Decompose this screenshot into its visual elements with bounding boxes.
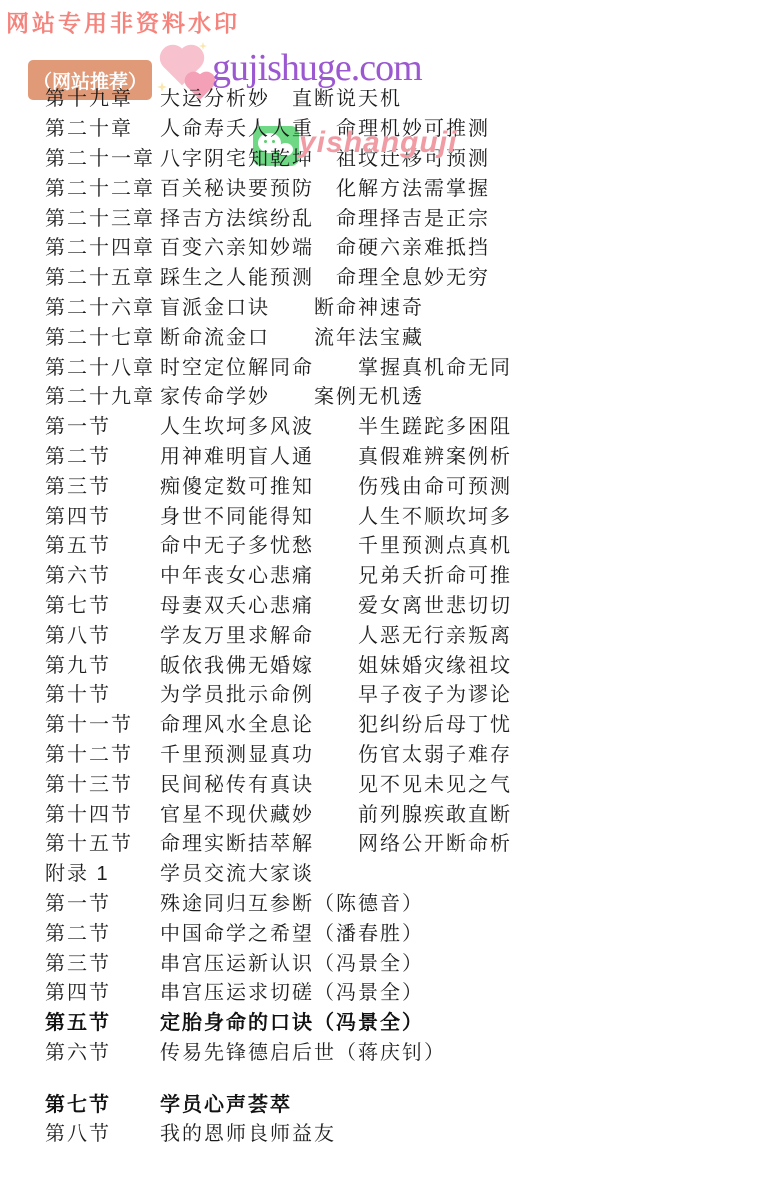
toc-row-label: 第五节	[45, 1006, 160, 1035]
toc-row-title: 千里预测显真功 伤官太弱子难存	[160, 738, 512, 767]
toc-row-label: 第十四节	[45, 798, 160, 827]
toc-row-label: 第十一节	[45, 708, 160, 737]
toc-row: 第三节痴傻定数可推知 伤残由命可预测	[45, 469, 512, 499]
mid-watermark-text: yishanguji	[299, 126, 457, 160]
toc-row-title: 断命流金口 流年法宝藏	[160, 321, 424, 350]
toc-row-label: 第一节	[45, 887, 160, 916]
toc-row: 第十三节民间秘传有真诀 见不见未见之气	[45, 767, 512, 797]
toc-row: 第二十五章踩生之人能预测 命理全息妙无穷	[45, 261, 512, 291]
toc-row-label: 第五节	[45, 529, 160, 558]
toc-row-title: 学员交流大家谈	[160, 857, 314, 886]
toc-row-label: 第八节	[45, 619, 160, 648]
toc-row: 第十二节千里预测显真功 伤官太弱子难存	[45, 738, 512, 768]
toc-row: 第四节串宫压运求切磋（冯景全）	[45, 976, 512, 1006]
toc-row-title: 用神难明盲人通 真假难辨案例析	[160, 440, 512, 469]
toc-row-title: 为学员批示命例 早子夜子为谬论	[160, 678, 512, 707]
toc-row: 第八节我的恩师良师益友	[45, 1117, 512, 1147]
toc-row: 第二十四章百变六亲知妙端 命硬六亲难抵挡	[45, 231, 512, 261]
toc-row-label: 第七节	[45, 589, 160, 618]
toc-row-title: 我的恩师良师益友	[160, 1117, 336, 1146]
toc-row-title: 定胎身命的口诀（冯景全）	[160, 1006, 424, 1035]
toc-row-title: 皈依我佛无婚嫁 姐妹婚灾缘祖坟	[160, 649, 512, 678]
toc-row-label: 第三节	[45, 947, 160, 976]
toc-row-label: 第十三节	[45, 768, 160, 797]
toc-row-label: 第十九章	[45, 82, 160, 111]
toc-row: 第二十九章家传命学妙 案例无机透	[45, 380, 512, 410]
toc-row: 第五节命中无子多忧愁 千里预测点真机	[45, 529, 512, 559]
toc-row: 附录 1学员交流大家谈	[45, 857, 512, 887]
toc-row-label: 第一节	[45, 410, 160, 439]
toc-row: 第一节殊途同归互参断（陈德音）	[45, 887, 512, 917]
document-page: 网站专用非资料水印 （网站推荐） gujishuge.com yishanguj…	[0, 0, 757, 1177]
toc-row: 第十节为学员批示命例 早子夜子为谬论	[45, 678, 512, 708]
toc-row-label: 第二十五章	[45, 261, 160, 290]
toc-row: 第一节人生坎坷多风波 半生蹉跎多困阻	[45, 410, 512, 440]
toc-row-label: 第二十三章	[45, 202, 160, 231]
toc-row: 第八节学友万里求解命 人恶无行亲叛离	[45, 618, 512, 648]
toc-row-label: 第七节	[45, 1088, 160, 1117]
toc-row: 第十四节官星不现伏藏妙 前列腺疾敢直断	[45, 797, 512, 827]
toc-row: 第六节中年丧女心悲痛 兄弟夭折命可推	[45, 559, 512, 589]
toc-row-label: 第二十四章	[45, 231, 160, 260]
toc-row-title: 传易先锋德启后世（蒋庆钊）	[160, 1036, 446, 1065]
toc-row-label: 第六节	[45, 559, 160, 588]
top-watermark-text: 网站专用非资料水印	[6, 5, 240, 38]
toc-row: 第二节用神难明盲人通 真假难辨案例析	[45, 440, 512, 470]
toc-row-label: 附录 1	[45, 857, 160, 886]
toc-row-label: 第九节	[45, 649, 160, 678]
toc-row: 第十五节命理实断拮萃解 网络公开断命析	[45, 827, 512, 857]
toc-row-label: 第二十章	[45, 112, 160, 141]
toc-row: 第五节定胎身命的口诀（冯景全）	[45, 1006, 512, 1036]
toc-row: 第二十七章断命流金口 流年法宝藏	[45, 320, 512, 350]
toc-row-label: 第十二节	[45, 738, 160, 767]
toc-row-label: 第十五节	[45, 827, 160, 856]
toc-row: 第二十六章盲派金口诀 断命神速奇	[45, 291, 512, 321]
toc-row: 第七节母妻双夭心悲痛 爱女离世悲切切	[45, 589, 512, 619]
table-of-contents: 第十九章大运分析妙 直断说天机第二十章人命寿夭人人重 命理机妙可推测第二十一章八…	[45, 82, 512, 1147]
toc-row-title: 时空定位解同命 掌握真机命无同	[160, 351, 512, 380]
toc-row-label: 第二十二章	[45, 172, 160, 201]
toc-row: 第二十二章百关秘诀要预防 化解方法需掌握	[45, 171, 512, 201]
toc-row-label: 第八节	[45, 1117, 160, 1146]
toc-row-title: 择吉方法缤纷乱 命理择吉是正宗	[160, 202, 490, 231]
toc-row-label: 第十节	[45, 678, 160, 707]
toc-row-title: 大运分析妙 直断说天机	[160, 82, 402, 111]
toc-row-title: 中年丧女心悲痛 兄弟夭折命可推	[160, 559, 512, 588]
toc-row-label: 第二十九章	[45, 380, 160, 409]
toc-row-title: 学友万里求解命 人恶无行亲叛离	[160, 619, 512, 648]
toc-row-title: 踩生之人能预测 命理全息妙无穷	[160, 261, 490, 290]
toc-row-title: 命理风水全息论 犯纠纷后母丁忧	[160, 708, 512, 737]
toc-row-title: 学员心声荟萃	[160, 1088, 292, 1117]
toc-row: 第四节身世不同能得知 人生不顺坎坷多	[45, 499, 512, 529]
toc-row: 第三节串宫压运新认识（冯景全）	[45, 946, 512, 976]
toc-row-title: 身世不同能得知 人生不顺坎坷多	[160, 500, 512, 529]
toc-row-title: 殊途同归互参断（陈德音）	[160, 887, 424, 916]
toc-row-label: 第六节	[45, 1036, 160, 1065]
toc-row: 第七节学员心声荟萃	[45, 1087, 512, 1117]
toc-row: 第十九章大运分析妙 直断说天机	[45, 82, 512, 112]
toc-row-title: 家传命学妙 案例无机透	[160, 380, 424, 409]
toc-row: 第九节皈依我佛无婚嫁 姐妹婚灾缘祖坟	[45, 648, 512, 678]
toc-row-title: 串宫压运新认识（冯景全）	[160, 947, 424, 976]
toc-row-title: 串宫压运求切磋（冯景全）	[160, 976, 424, 1005]
toc-row-title: 百关秘诀要预防 化解方法需掌握	[160, 172, 490, 201]
toc-row-title: 民间秘传有真诀 见不见未见之气	[160, 768, 512, 797]
toc-row-label: 第二节	[45, 917, 160, 946]
toc-row: 第十一节命理风水全息论 犯纠纷后母丁忧	[45, 708, 512, 738]
toc-row-title: 中国命学之希望（潘春胜）	[160, 917, 424, 946]
toc-row-title: 痴傻定数可推知 伤残由命可预测	[160, 470, 512, 499]
toc-row-title: 百变六亲知妙端 命硬六亲难抵挡	[160, 231, 490, 260]
toc-row-title: 母妻双夭心悲痛 爱女离世悲切切	[160, 589, 512, 618]
toc-row: 第二十三章择吉方法缤纷乱 命理择吉是正宗	[45, 201, 512, 231]
toc-row-title: 命中无子多忧愁 千里预测点真机	[160, 529, 512, 558]
toc-row-title: 命理实断拮萃解 网络公开断命析	[160, 827, 512, 856]
toc-row: 第二节中国命学之希望（潘春胜）	[45, 916, 512, 946]
toc-row-title: 官星不现伏藏妙 前列腺疾敢直断	[160, 798, 512, 827]
toc-row-label: 第二十六章	[45, 291, 160, 320]
toc-row-title: 盲派金口诀 断命神速奇	[160, 291, 424, 320]
toc-row: 第二十八章时空定位解同命 掌握真机命无同	[45, 350, 512, 380]
toc-row-label: 第二节	[45, 440, 160, 469]
toc-row-label: 第四节	[45, 976, 160, 1005]
toc-row-label: 第四节	[45, 500, 160, 529]
toc-row-title: 人生坎坷多风波 半生蹉跎多困阻	[160, 410, 512, 439]
toc-row-label: 第三节	[45, 470, 160, 499]
toc-row: 第六节传易先锋德启后世（蒋庆钊）	[45, 1036, 512, 1066]
toc-row-label: 第二十八章	[45, 351, 160, 380]
toc-row-label: 第二十七章	[45, 321, 160, 350]
toc-row-label: 第二十一章	[45, 142, 160, 171]
